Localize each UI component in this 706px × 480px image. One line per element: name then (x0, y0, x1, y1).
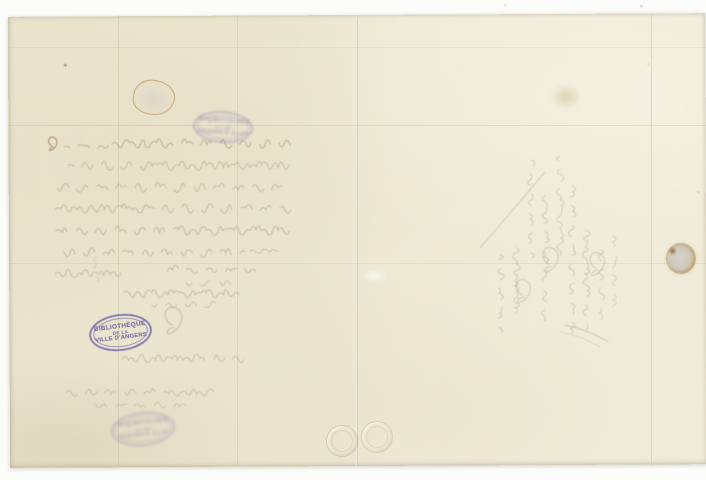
stamp-line: DE LA (135, 426, 151, 433)
stamp-line: VILLE D'ANGERS (95, 332, 147, 345)
stamp-line: VILLE D'ANGERS (196, 128, 248, 139)
stamp-line: BIBLIOTHÈQUE (197, 115, 249, 126)
stamp-line: BIBLIOTHÈQUE (116, 416, 168, 429)
embossed-seal (361, 421, 393, 453)
embossed-seal (326, 425, 358, 457)
scanned-letter-image: BIBLIOTHÈQUE DE LA VILLE D'ANGERS BIBLIO… (0, 0, 706, 480)
faint-stain (550, 84, 582, 110)
stamp-line: VILLE D'ANGERS (117, 429, 169, 441)
stamp-line: DE LA (112, 329, 128, 336)
wax-seal-remnant (667, 244, 695, 273)
library-stamp-text: BIBLIOTHÈQUE DE LA VILLE D'ANGERS (116, 416, 170, 441)
letter-sheet (8, 13, 706, 468)
abrasion-light-spot (362, 270, 388, 282)
library-stamp-text: BIBLIOTHÈQUE DE LA VILLE D'ANGERS (93, 319, 147, 345)
stamp-line: DE LA (215, 124, 231, 130)
library-stamp-text: BIBLIOTHÈQUE DE LA VILLE D'ANGERS (196, 115, 249, 139)
stamp-line: BIBLIOTHÈQUE (94, 319, 146, 333)
